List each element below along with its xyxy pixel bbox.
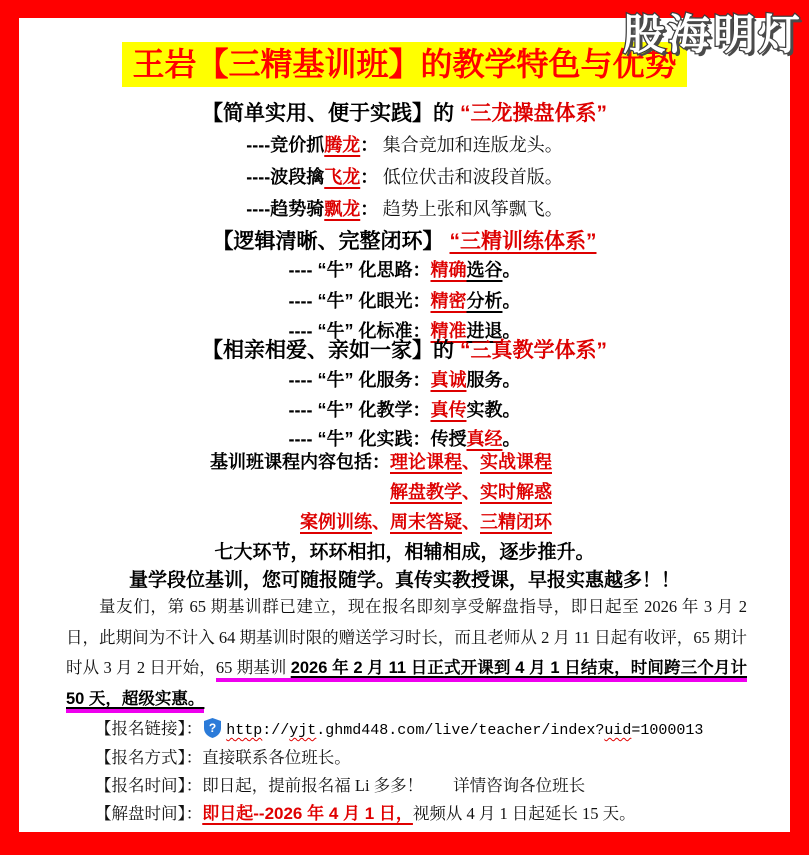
item-prefix: ----竞价抓	[246, 135, 324, 155]
section-heading-zhen: 【相亲相爱、亲如一家】的“三真教学体系”	[0, 334, 809, 364]
course-label: 基训班课程内容包括：	[210, 452, 390, 472]
jing-item: ---- “牛” 化眼光：精密分析。	[0, 287, 809, 313]
emphasis-line-2: 量学段位基训，您可随报随学。真传实教授课，早报实惠越多！！	[0, 565, 809, 592]
signup-link-row: 【报名链接】：?http://yjt.ghmd448.com/live/teac…	[95, 715, 779, 743]
url-part: http	[226, 722, 262, 739]
course-item: 周末答疑	[390, 512, 462, 532]
zhen-item: ---- “牛” 化教学：真传实教。	[0, 396, 809, 422]
url-part: .ghmd448.com/live/teacher/index?	[316, 722, 604, 739]
course-line: 解盘教学、实时解惑	[210, 477, 552, 507]
heading-black-text: 【简单实用、便于实践】的	[202, 101, 454, 125]
item-tail: 。	[502, 260, 520, 280]
item-keyword-red: 真经	[466, 429, 502, 449]
item-colon: ：	[360, 135, 378, 155]
heading-red-text: “三真教学体系”	[460, 339, 607, 362]
course-item: 案例训练	[300, 512, 372, 532]
item-tail: 实教。	[466, 400, 520, 420]
course-line: 基训班课程内容包括：理论课程、实战课程	[210, 447, 552, 477]
section-heading-dragon: 【简单实用、便于实践】的“三龙操盘体系”	[0, 97, 809, 127]
item-keyword: 飘龙	[324, 199, 360, 219]
item-keyword-red: 真诚	[430, 370, 466, 390]
signup-time-note: 详情咨询各位班长	[453, 776, 585, 795]
item-desc: 趋势上张和风筝飘飞。	[383, 199, 563, 219]
jiepan-time-text: 视频从 4 月 1 日起延长 15 天。	[413, 804, 636, 823]
item-keyword-black: 选谷	[466, 260, 502, 280]
paragraph-magenta-text: 65 期基训	[216, 658, 291, 677]
course-item: 实时解惑	[480, 482, 552, 502]
course-item: 解盘教学	[390, 482, 462, 502]
page-title: 王岩【三精基训班】的教学特色与优势	[122, 42, 686, 87]
url-part: uid	[604, 722, 631, 739]
signup-url[interactable]: http://yjt.ghmd448.com/live/teacher/inde…	[226, 722, 703, 739]
item-keyword-red: 精确	[430, 260, 466, 280]
jing-item: ---- “牛” 化思路：精确选谷。	[0, 256, 809, 282]
dragon-item: ----竞价抓腾龙： 集合竞加和连版龙头。	[0, 131, 809, 157]
course-separator: 、	[462, 482, 480, 502]
signup-time-text: 即日起，提前报名福 Li 多多！	[202, 776, 423, 795]
item-prefix: ----波段擒	[246, 167, 324, 187]
item-keyword: 腾龙	[324, 135, 360, 155]
item-colon: ：	[360, 167, 378, 187]
item-keyword: 飞龙	[324, 167, 360, 187]
signup-link-label: 【报名链接】：	[95, 719, 202, 738]
signup-method-text: 直接联系各位班长。	[202, 748, 351, 767]
signup-method-label: 【报名方式】：	[95, 748, 202, 767]
item-prefix: ---- “牛” 化思路：	[289, 260, 431, 280]
heading-red-text: “三龙操盘体系”	[460, 102, 607, 125]
course-item: 理论课程	[390, 452, 462, 472]
item-prefix: ---- “牛” 化教学：	[289, 400, 431, 420]
item-prefix: ---- “牛” 化服务：	[289, 370, 431, 390]
zhen-item: ---- “牛” 化服务：真诚服务。	[0, 366, 809, 392]
item-tail: 服务。	[466, 370, 520, 390]
item-keyword-red: 精密	[430, 291, 466, 311]
signup-time-row: 【报名时间】：即日起，提前报名福 Li 多多！详情咨询各位班长	[95, 772, 779, 796]
item-tail: 。	[502, 291, 520, 311]
item-desc: 低位伏击和波段首版。	[383, 167, 563, 187]
course-separator: 、	[462, 512, 480, 532]
heading-black-text: 【逻辑清晰、完整闭环】	[213, 229, 444, 253]
enrollment-paragraph: 量友们，第 65 期基训群已建立，现在报名即刻享受解盘指导，即日起至 2026 …	[66, 592, 747, 714]
jiepan-time-row: 【解盘时间】：即日起--2026 年 4 月 1 日，视频从 4 月 1 日起延…	[95, 799, 779, 824]
item-prefix: ----趋势骑	[246, 199, 324, 219]
flyer-page: 股海明灯 王岩【三精基训班】的教学特色与优势 【简单实用、便于实践】的“三龙操盘…	[0, 0, 809, 855]
shield-question-icon: ?	[204, 718, 221, 743]
url-part: yjt	[289, 722, 316, 739]
heading-red-text: “三精训练体系”	[450, 230, 597, 253]
item-prefix: ---- “牛” 化实践：传授	[289, 429, 467, 449]
course-separator: 、	[372, 512, 390, 532]
course-list: 基训班课程内容包括：理论课程、实战课程 解盘教学、实时解惑 案例训练、周末答疑、…	[210, 447, 552, 537]
dragon-item: ----趋势骑飘龙： 趋势上张和风筝飘飞。	[0, 195, 809, 221]
signup-time-label: 【报名时间】：	[95, 776, 202, 795]
heading-black-text: 【相亲相爱、亲如一家】的	[202, 338, 454, 362]
jiepan-time-label: 【解盘时间】：	[95, 804, 202, 823]
item-desc: 集合竞加和连版龙头。	[383, 135, 563, 155]
svg-text:?: ?	[209, 721, 216, 735]
course-line: 案例训练、周末答疑、三精闭环	[210, 507, 552, 537]
item-keyword-red: 真传	[430, 400, 466, 420]
item-keyword-black: 分析	[466, 291, 502, 311]
course-item: 实战课程	[480, 452, 552, 472]
course-item: 三精闭环	[480, 512, 552, 532]
url-part: ://	[262, 722, 289, 739]
jiepan-time-highlight: 即日起--2026 年 4 月 1 日，	[202, 804, 413, 823]
dragon-item: ----波段擒飞龙： 低位伏击和波段首版。	[0, 163, 809, 189]
item-colon: ：	[360, 199, 378, 219]
item-prefix: ---- “牛” 化眼光：	[289, 291, 431, 311]
section-heading-jing: 【逻辑清晰、完整闭环】“三精训练体系”	[0, 225, 809, 255]
signup-method-row: 【报名方式】：直接联系各位班长。	[95, 744, 779, 768]
site-watermark: 股海明灯	[623, 2, 803, 62]
item-tail: 。	[502, 429, 520, 449]
emphasis-line-1: 七大环节，环环相扣，相辅相成，逐步推升。	[0, 537, 809, 564]
url-part: =1000013	[631, 722, 703, 739]
course-separator: 、	[462, 452, 480, 472]
